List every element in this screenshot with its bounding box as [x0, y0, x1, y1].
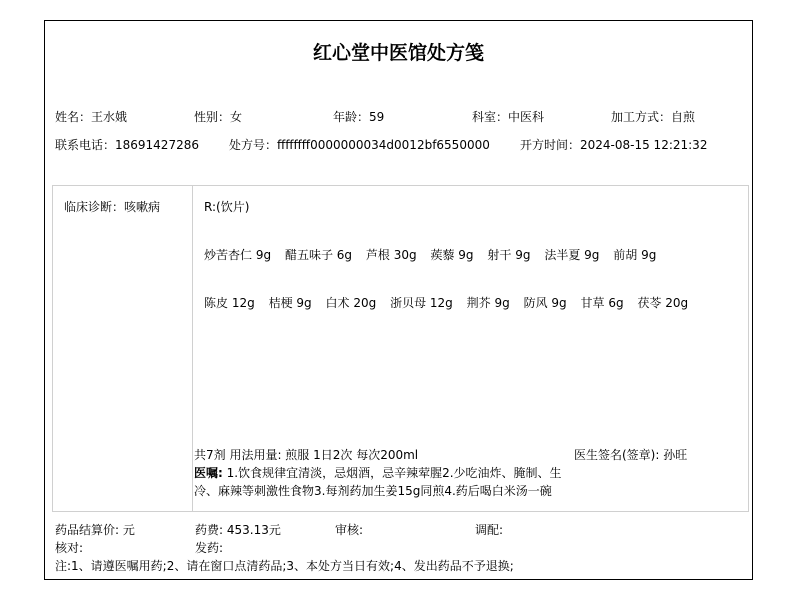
herb-item: 前胡 9g	[613, 248, 656, 262]
department: 科室：中医科	[472, 109, 544, 125]
prescription-box: 临床诊断：咳嗽病 R:(饮片) 炒苦杏仁 9g 醋五味子 6g 芦根 30g 蒺…	[52, 185, 749, 512]
advice-label: 医嘱:	[194, 466, 223, 480]
herb-item: 炒苦杏仁 9g	[204, 248, 271, 262]
diagnosis-column: 临床诊断：咳嗽病	[53, 186, 193, 511]
herb-item: 射干 9g	[487, 248, 530, 262]
herb-item: 蒺藜 9g	[430, 248, 473, 262]
herb-item: 陈皮 12g	[204, 296, 255, 310]
herb-item: 防风 9g	[524, 296, 567, 310]
herb-list-line-2: 陈皮 12g 桔梗 9g 白术 20g 浙贝母 12g 荆芥 9g 防风 9g …	[204, 294, 698, 311]
page-title: 红心堂中医馆处方笺	[45, 38, 752, 65]
herb-item: 醋五味子 6g	[285, 248, 352, 262]
doctor-advice: 医嘱: 1.饮食规律宜清淡，忌烟酒，忌辛辣荤腥2.少吃油炸、腌制、生冷、麻辣等刺…	[194, 464, 574, 500]
herb-list-line-1: 炒苦杏仁 9g 醋五味子 6g 芦根 30g 蒺藜 9g 射干 9g 法半夏 9…	[204, 246, 666, 263]
doctor-signature: 医生签名(签章): 孙旺	[574, 446, 687, 464]
herb-item: 白术 20g	[326, 296, 377, 310]
herb-item: 茯苓 20g	[637, 296, 688, 310]
advice-text: 1.饮食规律宜清淡，忌烟酒，忌辛辣荤腥2.少吃油炸、腌制、生冷、麻辣等刺激性食物…	[194, 466, 562, 498]
prescription-sheet: 红心堂中医馆处方笺 姓名：王水娥 性别：女 年龄：59 科室：中医科 加工方式：…	[44, 20, 753, 580]
rx-header: R:(饮片)	[204, 198, 249, 215]
review-field: 审核:	[335, 521, 363, 539]
patient-gender: 性别：女	[194, 109, 242, 125]
patient-age: 年龄：59	[333, 109, 384, 125]
settle-price: 药品结算价: 元	[55, 521, 135, 539]
herb-item: 浙贝母 12g	[390, 296, 453, 310]
herb-item: 法半夏 9g	[544, 248, 599, 262]
herb-item: 芦根 30g	[366, 248, 417, 262]
dispense-field: 调配:	[475, 521, 503, 539]
herb-item: 桔梗 9g	[269, 296, 312, 310]
issue-time: 开方时间：2024-08-15 12:21:32	[520, 137, 707, 153]
check-field: 核对:	[55, 539, 83, 557]
prescription-number: 处方号：ffffffff0000000034d0012bf6550000	[229, 137, 490, 153]
patient-name: 姓名：王水娥	[55, 109, 127, 125]
herb-item: 荆芥 9g	[467, 296, 510, 310]
processing-method: 加工方式：自煎	[611, 109, 695, 125]
drug-fee: 药费: 453.13元	[195, 521, 281, 539]
footer-note: 注:1、请遵医嘱用药;2、请在窗口点清药品;3、本处方当日有效;4、发出药品不予…	[55, 557, 514, 575]
clinical-diagnosis: 临床诊断：咳嗽病	[64, 198, 160, 215]
issue-field: 发药:	[195, 539, 223, 557]
herb-item: 甘草 6g	[581, 296, 624, 310]
phone: 联系电话：18691427286	[55, 137, 199, 153]
usage-instructions: 共7剂 用法用量: 煎服 1日2次 每次200ml	[194, 446, 574, 464]
usage-and-advice: 共7剂 用法用量: 煎服 1日2次 每次200ml 医嘱: 1.饮食规律宜清淡，…	[194, 446, 574, 500]
